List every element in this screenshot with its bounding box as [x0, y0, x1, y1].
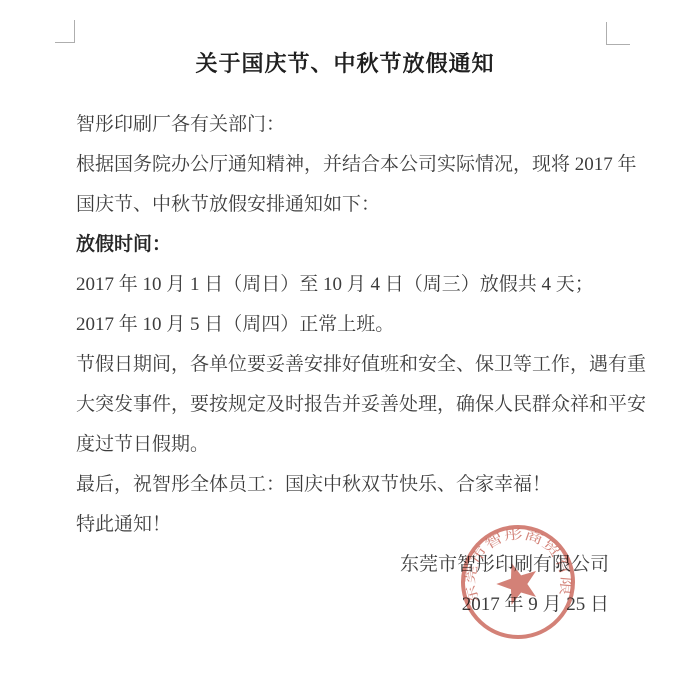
- salutation-line: 智彤印刷厂各有关部门：: [76, 105, 627, 145]
- document-page: 关于国庆节、中秋节放假通知 智彤印刷厂各有关部门： 根据国务院办公厅通知精神，并…: [0, 0, 690, 699]
- safety-notice-line-2: 大突发事件，要按规定及时报告并妥善处理，确保人民群众祥和平安: [76, 385, 627, 425]
- holiday-dates-line-2: 2017 年 10 月 5 日（周四）正常上班。: [76, 305, 627, 345]
- text-boundary-mark-top-right: [606, 22, 630, 45]
- seal-star-icon: [492, 557, 544, 608]
- document-title: 关于国庆节、中秋节放假通知: [0, 49, 690, 79]
- safety-notice-line-1: 节假日期间，各单位要妥善安排好值班和安全、保卫等工作，遇有重: [76, 345, 627, 385]
- text-boundary-mark-top-left: [55, 20, 75, 43]
- intro-line-2: 国庆节、中秋节放假安排通知如下：: [76, 185, 627, 225]
- holiday-dates-line-1: 2017 年 10 月 1 日（周日）至 10 月 4 日（周三）放假共 4 天…: [76, 265, 627, 305]
- wishes-line: 最后，祝智彤全体员工：国庆中秋双节快乐、合家幸福！: [76, 465, 627, 505]
- section-heading-holiday-time: 放假时间：: [76, 225, 627, 265]
- safety-notice-line-3: 度过节日假期。: [76, 425, 627, 465]
- company-seal-stamp: 东莞市智彤商贸有限公司: [448, 512, 588, 652]
- intro-line-1: 根据国务院办公厅通知精神，并结合本公司实际情况，现将 2017 年: [76, 145, 627, 185]
